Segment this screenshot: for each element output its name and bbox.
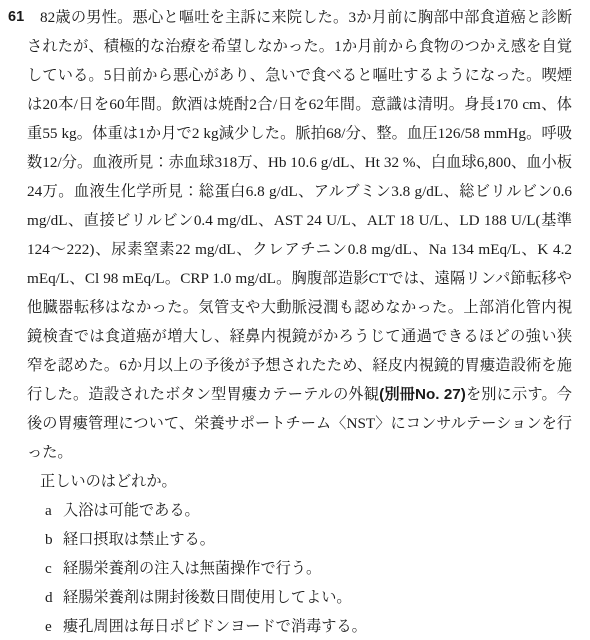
question-prompt: 正しいのはどれか。 <box>40 467 572 496</box>
exam-question-page: 6182歳の男性。悪心と嘔吐を主訴に来院した。3か月前に胸部中部食道癌と診断され… <box>0 0 590 640</box>
option-row-b: b 経口摂取は禁止する。 <box>45 525 590 554</box>
option-text: 瘻孔周囲は毎日ポビドンヨードで消毒する。 <box>63 612 590 640</box>
option-text: 経口摂取は禁止する。 <box>63 525 590 554</box>
option-text: 経腸栄養剤は開封後数日間使用してよい。 <box>63 583 590 612</box>
option-letter: d <box>45 583 63 612</box>
option-letter: b <box>45 525 63 554</box>
option-letter: e <box>45 612 63 640</box>
option-row-e: e 瘻孔周囲は毎日ポビドンヨードで消毒する。 <box>45 612 590 640</box>
option-row-a: a 入浴は可能である。 <box>45 496 590 525</box>
option-row-c: c 経腸栄養剤の注入は無菌操作で行う。 <box>45 554 590 583</box>
question-body-text: 82歳の男性。悪心と嘔吐を主訴に来院した。3か月前に胸部中部食道癌と診断されたが… <box>27 9 572 403</box>
option-letter: a <box>45 496 63 525</box>
question-number: 61 <box>8 3 24 32</box>
question-body: 6182歳の男性。悪心と嘔吐を主訴に来院した。3か月前に胸部中部食道癌と診断され… <box>27 3 572 467</box>
option-text: 入浴は可能である。 <box>63 496 590 525</box>
options-list: a 入浴は可能である。 b 経口摂取は禁止する。 c 経腸栄養剤の注入は無菌操作… <box>0 496 590 640</box>
option-letter: c <box>45 554 63 583</box>
option-text: 経腸栄養剤の注入は無菌操作で行う。 <box>63 554 590 583</box>
appendix-reference: (別冊No. 27) <box>379 386 466 403</box>
option-row-d: d 経腸栄養剤は開封後数日間使用してよい。 <box>45 583 590 612</box>
